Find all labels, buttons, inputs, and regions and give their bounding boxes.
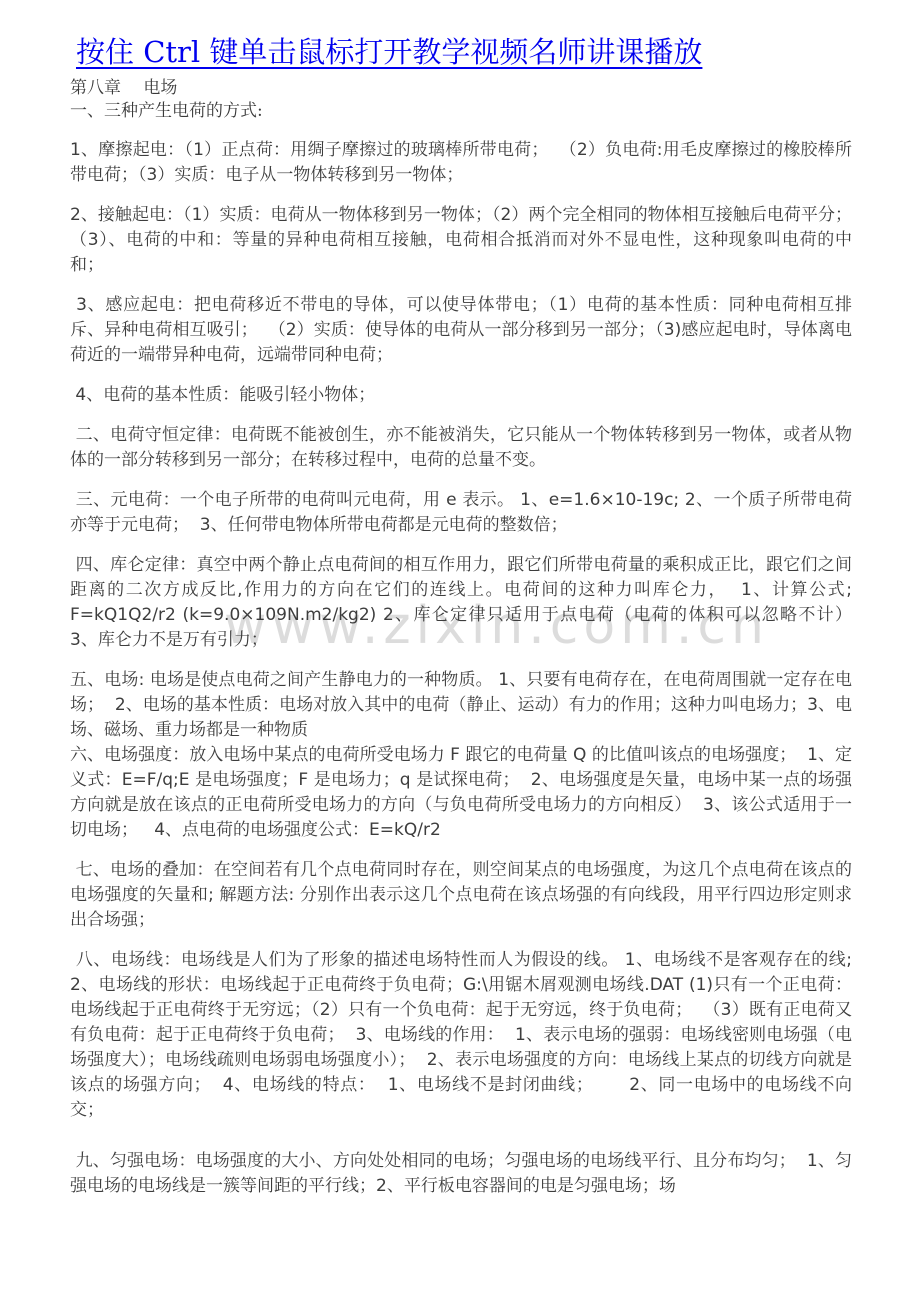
paragraph-field-superposition: 七、电场的叠加：在空间若有几个点电荷同时存在，则空间某点的电场强度，为这几个点电…: [70, 858, 852, 933]
document-page: www.zixin.com.cn 按住 Ctrl 键单击鼠标打开教学视频名师讲课…: [0, 0, 920, 1302]
paragraph-uniform-field: 九、匀强电场：电场强度的大小、方向处处相同的电场；匀强电场的电场线平行、且分布均…: [70, 1149, 852, 1199]
chapter-heading: 第八章 电场: [70, 77, 852, 100]
paragraph-contact-charging: 2、接触起电：（1）实质：电荷从一物体移到另一物体；（2）两个完全相同的物体相互…: [70, 203, 852, 278]
paragraph-field-strength: 六、电场强度：放入电场中某点的电荷所受电场力 F 跟它的电荷量 Q 的比值叫该点…: [70, 743, 852, 843]
paragraph-elementary-charge: 三、元电荷：一个电子所带的电荷叫元电荷，用 e 表示。 1、e=1.6×10-1…: [70, 488, 852, 538]
paragraph-friction-charging: 1、摩擦起电：（1）正点荷：用绸子摩擦过的玻璃棒所带电荷； （2）负电荷:用毛皮…: [70, 138, 852, 188]
paragraph-electric-field: 五、电场: 电场是使点电荷之间产生静电力的一种物质。 1、只要有电荷存在，在电荷…: [70, 668, 852, 743]
paragraph-coulomb-law: 四、库仑定律：真空中两个静止点电荷间的相互作用力，跟它们所带电荷量的乘积成正比，…: [70, 553, 852, 653]
paragraph-induction-charging: 3、感应起电：把电荷移近不带电的导体，可以使导体带电；（1）电荷的基本性质：同种…: [70, 293, 852, 368]
paragraph-field-lines: 八、电场线：电场线是人们为了形象的描述电场特性而人为假设的线。 1、电场线不是客…: [70, 948, 852, 1123]
paragraph-charge-conservation: 二、电荷守恒定律：电荷既不能被创生，亦不能被消失，它只能从一个物体转移到另一物体…: [70, 423, 852, 473]
section-heading: 一、三种产生电荷的方式:: [70, 100, 852, 123]
paragraph-charge-property: 4、电荷的基本性质：能吸引轻小物体；: [70, 383, 852, 408]
video-lecture-link[interactable]: 按住 Ctrl 键单击鼠标打开教学视频名师讲课播放: [76, 32, 702, 72]
